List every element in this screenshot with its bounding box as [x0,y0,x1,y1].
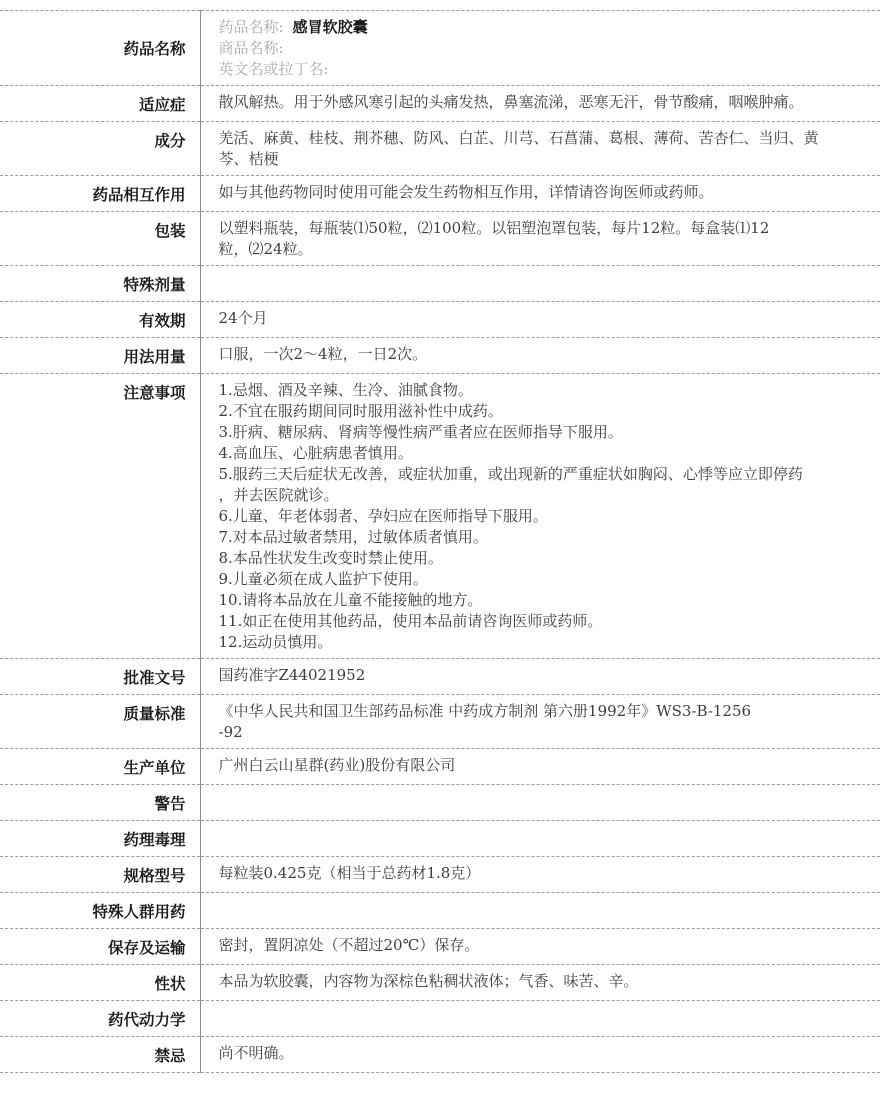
table-row: 包装以塑料瓶装，每瓶装⑴50粒，⑵100粒。以铝塑泡罩包装，每片12粒。每盒装⑴… [0,212,880,266]
row-label: 用法用量 [0,338,200,374]
row-value: 如与其他药物同时使用可能会发生药物相互作用，详情请咨询医师或药师。 [200,176,880,212]
row-value: 《中华人民共和国卫生部药品标准 中药成方制剂 第六册1992年》WS3-B-12… [200,695,880,749]
row-value-text: 本品为软胶囊，内容物为深棕色粘稠状液体；气香、味苦、辛。 [219,971,839,992]
text-line: 12.运动员慎用。 [219,632,839,653]
row-value: 尚不明确。 [200,1037,880,1073]
text-line: 《中华人民共和国卫生部药品标准 中药成方制剂 第六册1992年》WS3-B-12… [219,701,839,722]
row-label: 特殊剂量 [0,266,200,302]
row-value-text: 国药准字Z44021952 [219,665,839,686]
text-line: 8.本品性状发生改变时禁止使用。 [219,548,839,569]
row-value-text: 24个月 [219,308,839,329]
name-field: 商品名称: [219,38,839,59]
field-label: 药品名称: [219,18,284,36]
row-label: 保存及运输 [0,929,200,965]
row-value: 广州白云山星群(药业)股份有限公司 [200,749,880,785]
row-value [200,266,880,302]
row-value: 1.忌烟、酒及辛辣、生冷、油腻食物。2.不宜在服药期间同时服用滋补性中成药。3.… [200,374,880,659]
row-value: 每粒装0.425克（相当于总药材1.8克） [200,857,880,893]
table-row: 药代动力学 [0,1001,880,1037]
row-label: 禁忌 [0,1037,200,1073]
row-value-text: 《中华人民共和国卫生部药品标准 中药成方制剂 第六册1992年》WS3-B-12… [219,701,839,743]
name-field: 英文名或拉丁名: [219,59,839,80]
row-value-text [219,272,839,291]
row-value-text [219,1007,839,1026]
row-value: 药品名称:感冒软胶囊商品名称:英文名或拉丁名: [200,11,880,86]
row-value [200,893,880,929]
name-field: 药品名称:感冒软胶囊 [219,17,839,38]
row-value-text [219,791,839,810]
row-label: 性状 [0,965,200,1001]
row-value-text: 广州白云山星群(药业)股份有限公司 [219,755,839,776]
table-row: 有效期24个月 [0,302,880,338]
row-value-text [219,899,839,918]
table-row: 适应症散风解热。用于外感风寒引起的头痛发热，鼻塞流涕，恶寒无汗，骨节酸痛，咽喉肿… [0,86,880,122]
table-row: 成分羌活、麻黄、桂枝、荆芥穗、防风、白芷、川芎、石菖蒲、葛根、薄荷、苦杏仁、当归… [0,122,880,176]
row-value: 密封，置阴凉处（不超过20℃）保存。 [200,929,880,965]
row-label: 警告 [0,785,200,821]
table-row: 生产单位广州白云山星群(药业)股份有限公司 [0,749,880,785]
table-row: 药品相互作用如与其他药物同时使用可能会发生药物相互作用，详情请咨询医师或药师。 [0,176,880,212]
row-label: 规格型号 [0,857,200,893]
row-label: 药品相互作用 [0,176,200,212]
row-value: 散风解热。用于外感风寒引起的头痛发热，鼻塞流涕，恶寒无汗，骨节酸痛，咽喉肿痛。 [200,86,880,122]
row-value [200,1001,880,1037]
text-line: 6.儿童、年老体弱者、孕妇应在医师指导下服用。 [219,506,839,527]
text-line: 5.服药三天后症状无改善，或症状加重，或出现新的严重症状如胸闷、心悸等应立即停药 [219,464,839,485]
row-value [200,785,880,821]
row-value: 口服，一次2～4粒，一日2次。 [200,338,880,374]
field-label: 商品名称: [219,39,284,57]
table-row: 质量标准《中华人民共和国卫生部药品标准 中药成方制剂 第六册1992年》WS3-… [0,695,880,749]
drug-info-page: 药品名称药品名称:感冒软胶囊商品名称:英文名或拉丁名:适应症散风解热。用于外感风… [0,0,880,1073]
text-line: 羌活、麻黄、桂枝、荆芥穗、防风、白芷、川芎、石菖蒲、葛根、薄荷、苦杏仁、当归、黄 [219,128,839,149]
row-value: 羌活、麻黄、桂枝、荆芥穗、防风、白芷、川芎、石菖蒲、葛根、薄荷、苦杏仁、当归、黄… [200,122,880,176]
table-row: 批准文号国药准字Z44021952 [0,659,880,695]
row-value-text: 1.忌烟、酒及辛辣、生冷、油腻食物。2.不宜在服药期间同时服用滋补性中成药。3.… [219,380,839,653]
table-row: 特殊剂量 [0,266,880,302]
text-line: 7.对本品过敏者禁用，过敏体质者慎用。 [219,527,839,548]
row-value-text: 如与其他药物同时使用可能会发生药物相互作用，详情请咨询医师或药师。 [219,182,839,203]
table-row: 规格型号每粒装0.425克（相当于总药材1.8克） [0,857,880,893]
table-row: 注意事项1.忌烟、酒及辛辣、生冷、油腻食物。2.不宜在服药期间同时服用滋补性中成… [0,374,880,659]
text-line: 11.如正在使用其他药品，使用本品前请咨询医师或药师。 [219,611,839,632]
row-label: 特殊人群用药 [0,893,200,929]
row-label: 质量标准 [0,695,200,749]
table-row: 性状本品为软胶囊，内容物为深棕色粘稠状液体；气香、味苦、辛。 [0,965,880,1001]
row-value: 本品为软胶囊，内容物为深棕色粘稠状液体；气香、味苦、辛。 [200,965,880,1001]
row-label: 包装 [0,212,200,266]
row-value-text: 药品名称:感冒软胶囊商品名称:英文名或拉丁名: [219,17,839,80]
row-value-text: 每粒装0.425克（相当于总药材1.8克） [219,863,839,884]
text-line: 9.儿童必须在成人监护下使用。 [219,569,839,590]
row-value-text: 羌活、麻黄、桂枝、荆芥穗、防风、白芷、川芎、石菖蒲、葛根、薄荷、苦杏仁、当归、黄… [219,128,839,170]
table-row: 药品名称药品名称:感冒软胶囊商品名称:英文名或拉丁名: [0,11,880,86]
row-value-text: 口服，一次2～4粒，一日2次。 [219,344,839,365]
text-line: -92 [219,722,839,743]
row-value-text: 密封，置阴凉处（不超过20℃）保存。 [219,935,839,956]
table-row: 警告 [0,785,880,821]
row-value [200,821,880,857]
row-label: 药代动力学 [0,1001,200,1037]
row-value: 国药准字Z44021952 [200,659,880,695]
text-line: 芩、桔梗 [219,149,839,170]
row-label: 生产单位 [0,749,200,785]
row-label: 药理毒理 [0,821,200,857]
row-value: 24个月 [200,302,880,338]
table-row: 禁忌尚不明确。 [0,1037,880,1073]
row-label: 成分 [0,122,200,176]
table-row: 药理毒理 [0,821,880,857]
text-line: 3.肝病、糖尿病、肾病等慢性病严重者应在医师指导下服用。 [219,422,839,443]
text-line: 10.请将本品放在儿童不能接触的地方。 [219,590,839,611]
table-row: 特殊人群用药 [0,893,880,929]
row-value-text [219,827,839,846]
row-label: 注意事项 [0,374,200,659]
table-row: 保存及运输密封，置阴凉处（不超过20℃）保存。 [0,929,880,965]
text-line: 4.高血压、心脏病患者慎用。 [219,443,839,464]
text-line: 以塑料瓶装，每瓶装⑴50粒，⑵100粒。以铝塑泡罩包装，每片12粒。每盒装⑴12 [219,218,839,239]
field-value: 感冒软胶囊 [293,18,368,36]
table-row: 用法用量口服，一次2～4粒，一日2次。 [0,338,880,374]
text-line: 2.不宜在服药期间同时服用滋补性中成药。 [219,401,839,422]
row-value-text: 散风解热。用于外感风寒引起的头痛发热，鼻塞流涕，恶寒无汗，骨节酸痛，咽喉肿痛。 [219,92,839,113]
row-value: 以塑料瓶装，每瓶装⑴50粒，⑵100粒。以铝塑泡罩包装，每片12粒。每盒装⑴12… [200,212,880,266]
row-label: 药品名称 [0,11,200,86]
text-line: ，并去医院就诊。 [219,485,839,506]
drug-info-table: 药品名称药品名称:感冒软胶囊商品名称:英文名或拉丁名:适应症散风解热。用于外感风… [0,10,880,1073]
text-line: 粒，⑵24粒。 [219,239,839,260]
text-line: 1.忌烟、酒及辛辣、生冷、油腻食物。 [219,380,839,401]
row-value-text: 尚不明确。 [219,1043,839,1064]
drug-info-table-body: 药品名称药品名称:感冒软胶囊商品名称:英文名或拉丁名:适应症散风解热。用于外感风… [0,11,880,1073]
row-value-text: 以塑料瓶装，每瓶装⑴50粒，⑵100粒。以铝塑泡罩包装，每片12粒。每盒装⑴12… [219,218,839,260]
row-label: 批准文号 [0,659,200,695]
row-label: 有效期 [0,302,200,338]
row-label: 适应症 [0,86,200,122]
field-label: 英文名或拉丁名: [219,60,329,78]
